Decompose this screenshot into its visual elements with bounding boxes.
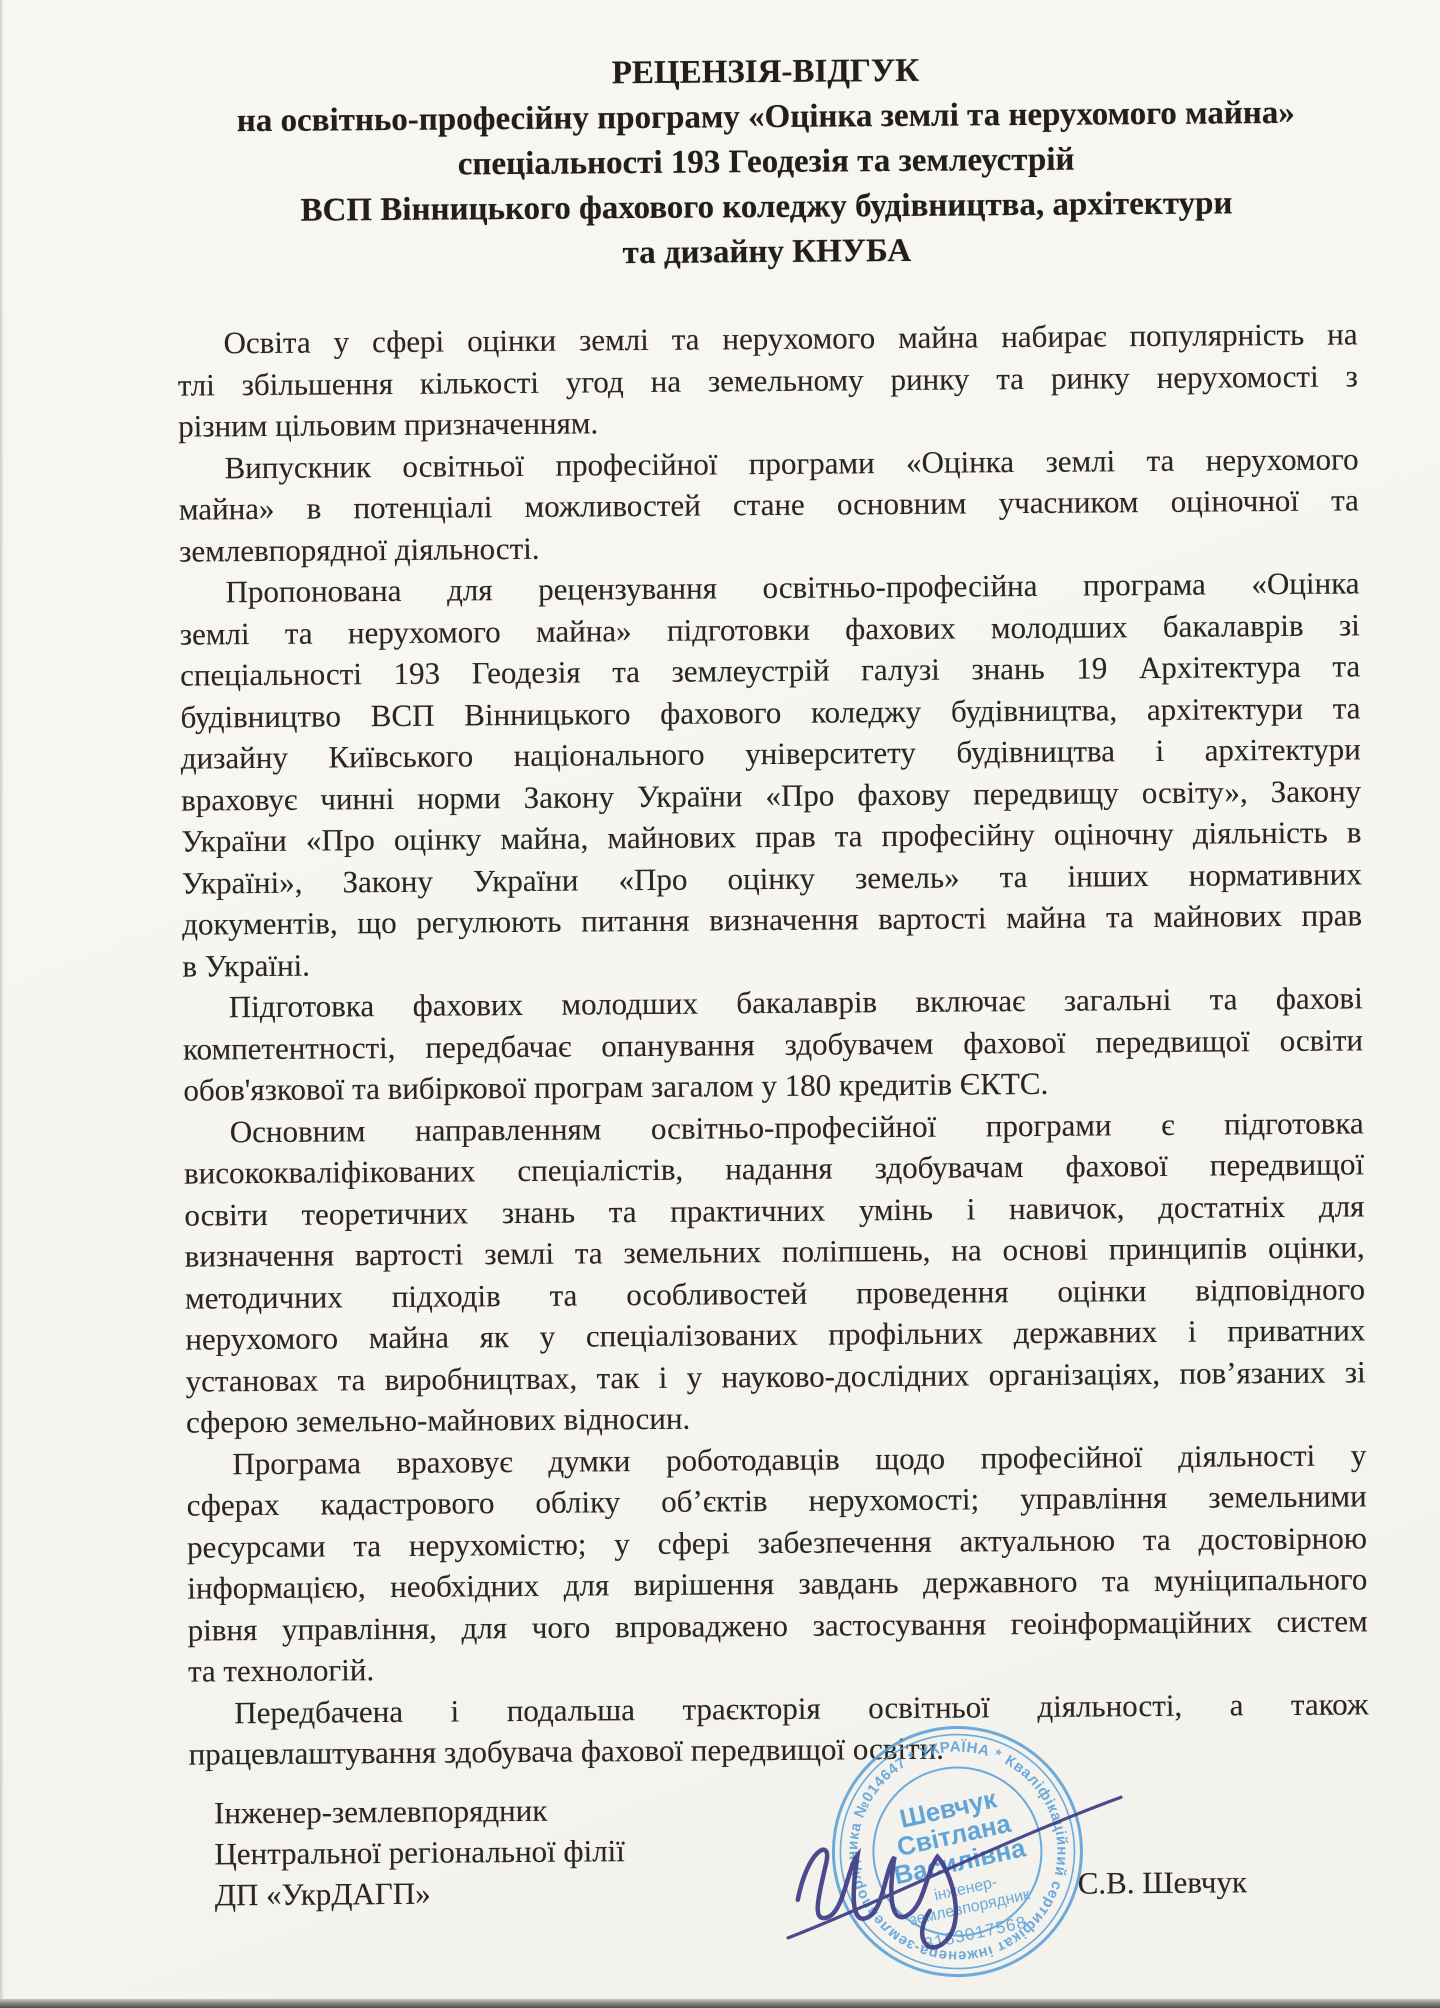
document-content: РЕЦЕНЗІЯ-ВІДГУКна освітньо-професійну пр… <box>175 45 1368 1775</box>
scan-edge-bottom <box>0 1999 1440 2008</box>
paragraph-line: працевлаштування здобувача фахової перед… <box>188 1724 1368 1775</box>
title-line: ВСП Вінницького фахового коледжу будівни… <box>176 180 1356 234</box>
scanned-review-document: РЕЦЕНЗІЯ-ВІДГУКна освітньо-професійну пр… <box>0 0 1440 2008</box>
scan-edge-left <box>0 0 4 2008</box>
body-text: Освіта у сфері оцінки землі та нерухомог… <box>177 313 1368 1775</box>
title-line: та дизайну КНУБА <box>177 225 1357 279</box>
signature-block: Інженер-землевпорядникЦентральної регіон… <box>214 1789 625 1915</box>
title-line: на освітньо-професійну програму «Оцінка … <box>176 90 1356 144</box>
signature-line: Інженер-землевпорядник <box>214 1789 625 1833</box>
signature-line: Центральної регіональної філії <box>214 1830 625 1874</box>
signature-line: ДП «УкрДАГП» <box>215 1871 626 1915</box>
signature-loops <box>797 1849 956 1949</box>
handwritten-signature <box>779 1767 1131 1970</box>
title-block: РЕЦЕНЗІЯ-ВІДГУКна освітньо-професійну пр… <box>175 45 1357 279</box>
